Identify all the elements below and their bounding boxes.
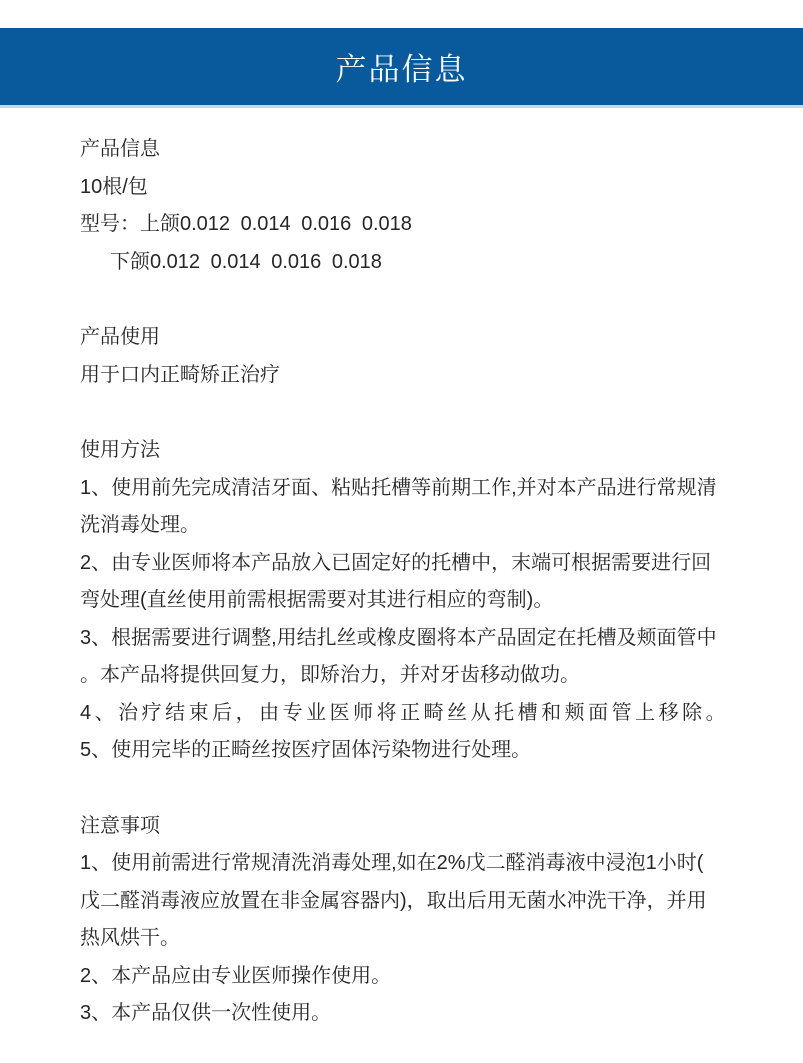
model-upper-jaw-line: 型号：上颌0.012 0.014 0.016 0.018 xyxy=(80,206,773,244)
usage-step-2-line-1: 2、由专业医师将本产品放入已固定好的托槽中，末端可根据需要进行回 xyxy=(80,545,773,583)
precautions-heading: 注意事项 xyxy=(80,808,773,846)
precaution-1-line-2: 戊二醛消毒液应放置在非金属容器内)，取出后用无菌水冲洗干净，并用 xyxy=(80,883,773,921)
usage-step-3-line-2: 。本产品将提供回复力，即矫治力，并对牙齿移动做功。 xyxy=(80,657,773,695)
usage-step-1-line-1: 1、使用前先完成清洁牙面、粘贴托槽等前期工作,并对本产品进行常规清 xyxy=(80,470,773,508)
usage-step-4: 4、治疗结束后，由专业医师将正畸丝从托槽和颊面管上移除。 xyxy=(80,695,773,733)
model-lower-jaw-line: 下颌0.012 0.014 0.016 0.018 xyxy=(80,244,773,282)
usage-step-5: 5、使用完毕的正畸丝按医疗固体污染物进行处理。 xyxy=(80,732,773,770)
product-use-heading: 产品使用 xyxy=(80,319,773,357)
usage-method-heading: 使用方法 xyxy=(80,432,773,470)
product-info-heading: 产品信息 xyxy=(80,131,773,169)
usage-step-2-line-2: 弯处理(直丝使用前需根据需要对其进行相应的弯制)。 xyxy=(80,582,773,620)
page-title: 产品信息 xyxy=(336,44,468,89)
precaution-1-line-3: 热风烘干。 xyxy=(80,920,773,958)
precaution-3: 3、本产品仅供一次性使用。 xyxy=(80,995,773,1033)
description-body: 产品信息 10根/包 型号：上颌0.012 0.014 0.016 0.018 … xyxy=(0,131,803,1033)
precaution-1-line-1: 1、使用前需进行常规清洗消毒处理,如在2%戊二醛消毒液中浸泡1小时( xyxy=(80,845,773,883)
usage-step-3-line-1: 3、根据需要进行调整,用结扎丝或橡皮圈将本产品固定在托槽及颊面管中 xyxy=(80,620,773,658)
precaution-2: 2、本产品应由专业医师操作使用。 xyxy=(80,958,773,996)
header-bar: 产品信息 xyxy=(0,28,803,108)
product-use-description: 用于口内正畸矫正治疗 xyxy=(80,357,773,395)
top-margin xyxy=(0,0,803,28)
pack-spec: 10根/包 xyxy=(80,169,773,207)
usage-step-1-line-2: 洗消毒处理。 xyxy=(80,507,773,545)
product-description-page: 产品信息 产品信息 10根/包 型号：上颌0.012 0.014 0.016 0… xyxy=(0,0,803,1063)
